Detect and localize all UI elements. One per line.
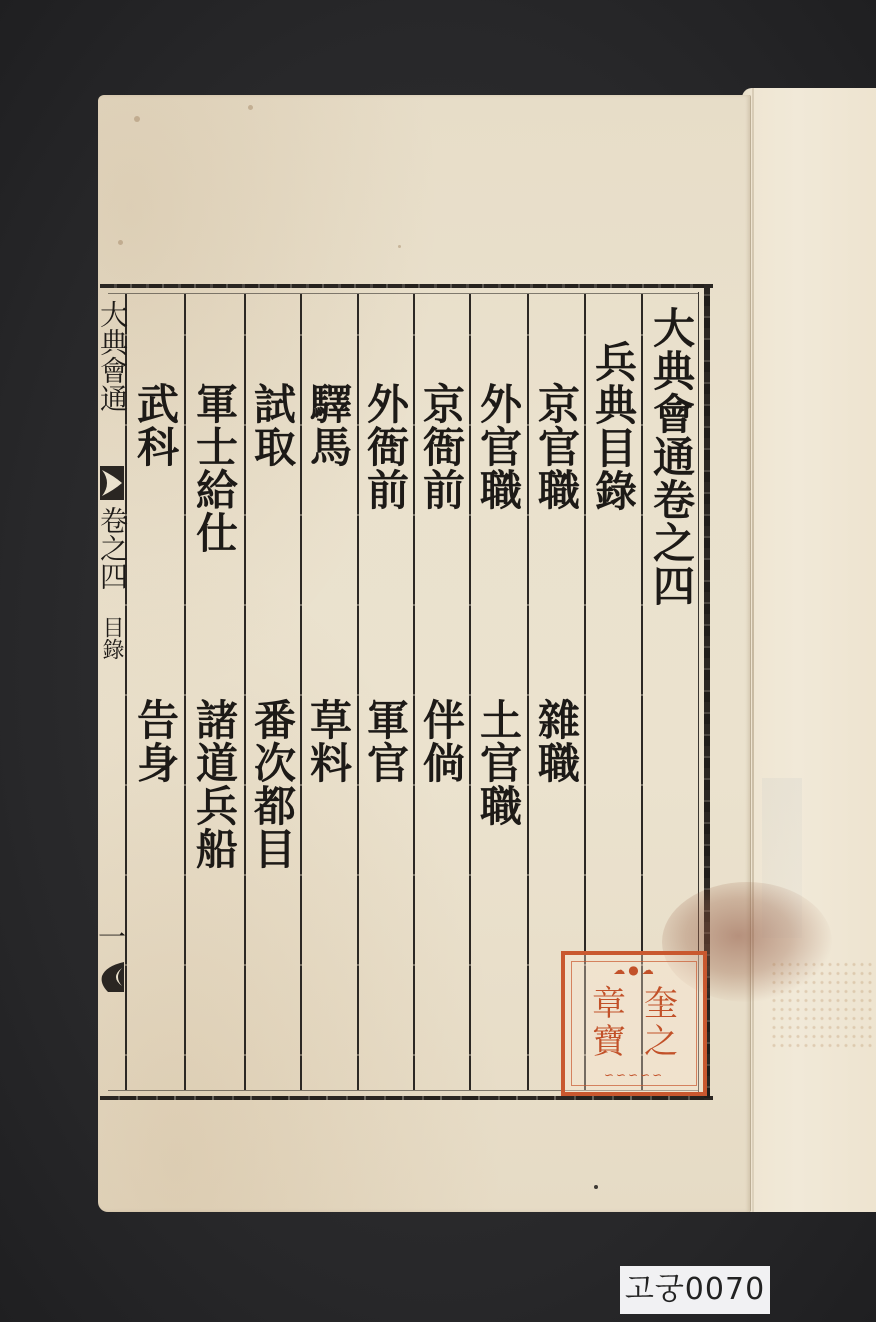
seal-char: 奎: [635, 985, 687, 1023]
frame-border-top: [100, 284, 713, 288]
seal-cloud-ornament-icon: ∽∽∽∽∽: [579, 1068, 689, 1084]
foxing-spot: [134, 116, 140, 122]
toc-entry: 外官職: [477, 382, 519, 511]
toc-entry: 告身: [134, 698, 176, 784]
toc-entry: 驛馬: [307, 382, 349, 468]
toc-entry: 草料: [307, 698, 349, 784]
column-rule: [527, 294, 529, 1090]
margin-volume: 卷之四: [98, 506, 126, 590]
catalog-label: 고궁0070: [620, 1266, 770, 1314]
toc-entry: 雜職: [535, 698, 577, 784]
margin-section: 目錄: [100, 616, 122, 660]
column-rule: [357, 294, 359, 1090]
seal-char: 之: [635, 1023, 687, 1061]
foxing-spot: [118, 240, 123, 245]
column-rule: [184, 294, 186, 1090]
column-rule: [244, 294, 246, 1090]
toc-entry: 伴倘: [420, 698, 462, 784]
ink-spot: [594, 1185, 598, 1189]
foxing-spot: [398, 245, 401, 248]
foxing-spot: [248, 105, 253, 110]
margin-page-number: 一: [96, 922, 124, 950]
seal-dragon-ornament-icon: ☁●☁: [585, 963, 685, 979]
fishtail-mark-icon: [100, 466, 124, 500]
toc-entry: 諸道兵船: [193, 698, 235, 870]
seal-char: 寶: [583, 1023, 635, 1061]
red-seal-stamp: ☁●☁ 章 奎 寶 之 ∽∽∽∽∽: [561, 951, 707, 1096]
column-rule: [125, 294, 127, 1090]
column-rule: [413, 294, 415, 1090]
page-crease: [752, 88, 754, 1212]
margin-book-title: 大典會通: [98, 300, 126, 412]
toc-entry: 外衙前: [364, 382, 406, 511]
section-heading: 兵典目錄: [592, 340, 634, 512]
toc-entry: 土官職: [477, 698, 519, 827]
paper-foxing: [770, 960, 876, 1050]
frame-border-bottom: [100, 1096, 713, 1100]
frame-inner-line: [108, 293, 698, 294]
column-rule: [300, 294, 302, 1090]
toc-entry: 試取: [251, 382, 293, 468]
toc-entry: 京官職: [535, 382, 577, 511]
toc-entry: 軍士給仕: [193, 382, 235, 554]
column-rule: [469, 294, 471, 1090]
document-title: 大典會通卷之四: [650, 306, 692, 607]
toc-entry: 武科: [134, 382, 176, 468]
seal-characters: 章 奎 寶 之: [583, 985, 687, 1061]
toc-entry: 京衙前: [420, 382, 462, 511]
seal-char: 章: [583, 985, 635, 1023]
toc-entry: 軍官: [364, 698, 406, 784]
fishtail-mark-icon: [100, 960, 124, 994]
toc-entry: 番次都目: [251, 698, 293, 870]
